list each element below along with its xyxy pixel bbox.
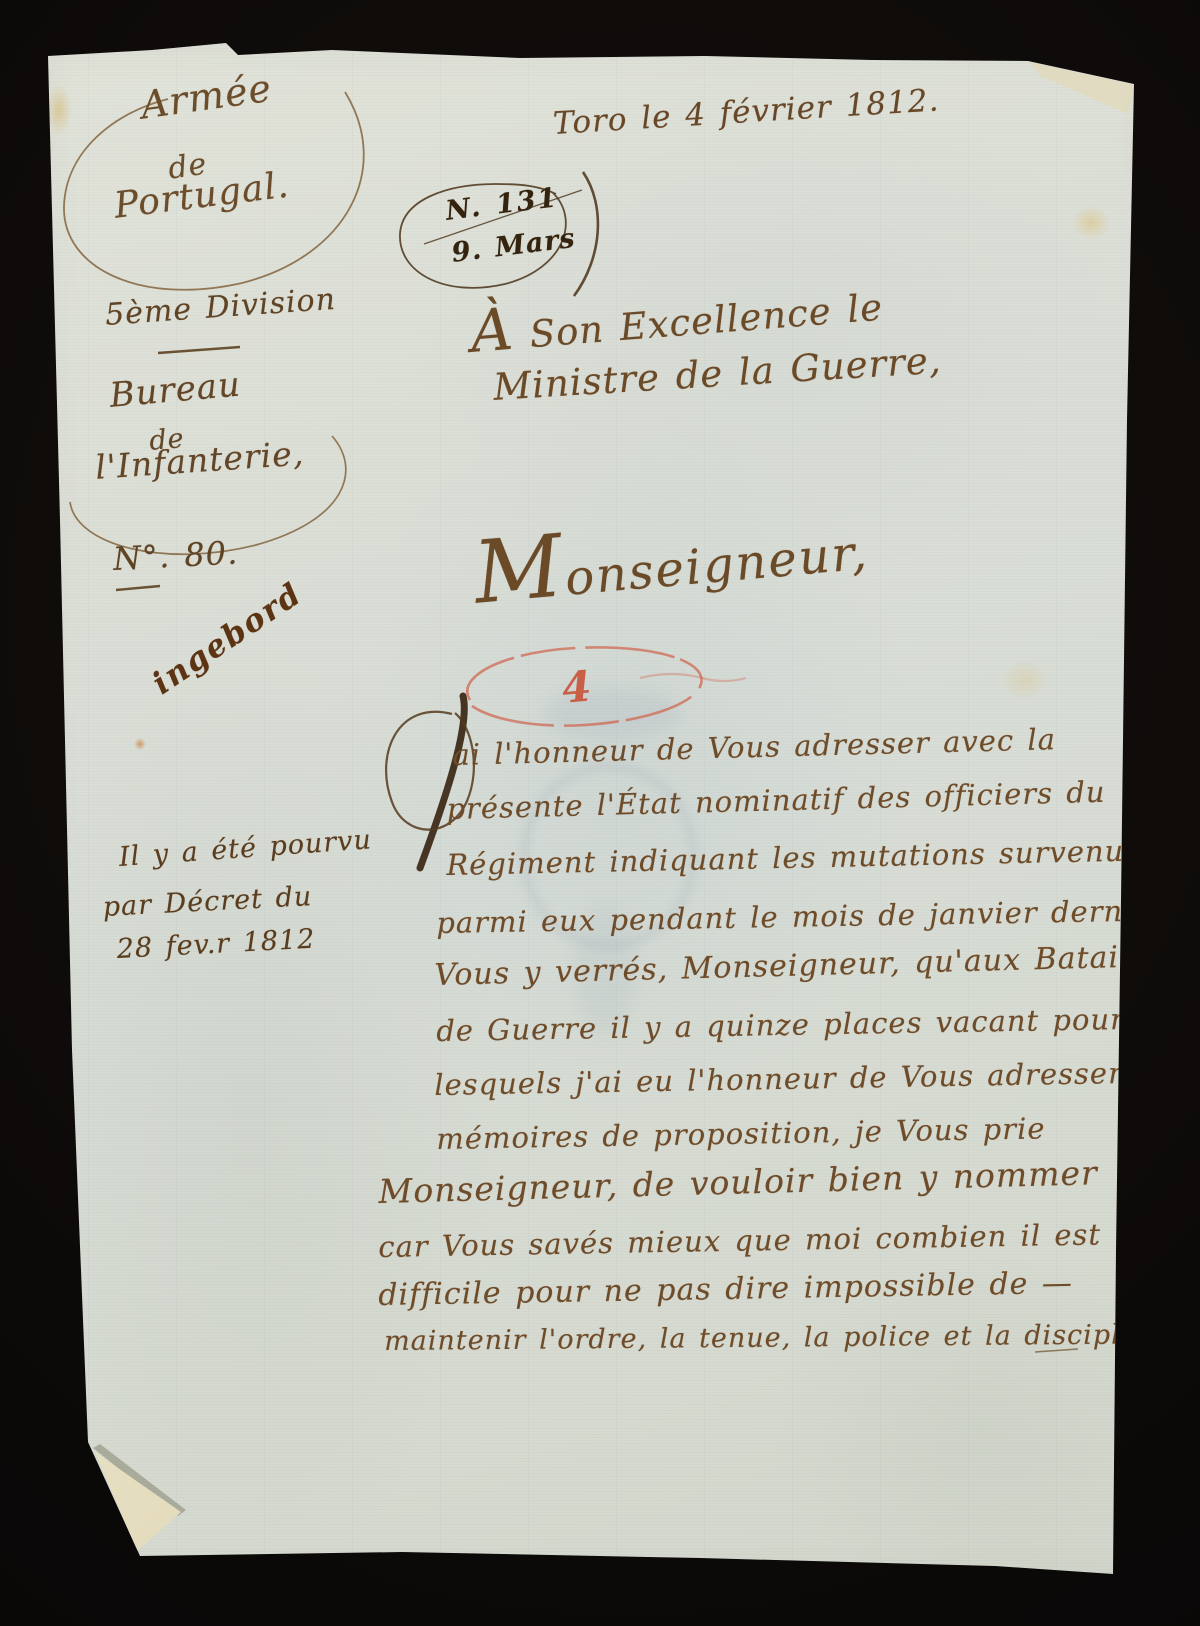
bureau-label-line: Bureau bbox=[108, 365, 242, 416]
foxing-stain bbox=[46, 84, 72, 136]
body-line: ai l'honneur de Vous adresser avec la bbox=[452, 722, 1056, 772]
decree-note-line: Il y a été pourvu bbox=[118, 824, 373, 873]
body-line: parmi eux pendant le mois de janvier der… bbox=[436, 892, 1200, 940]
body-line: maintenir l'ordre, la tenue, la police e… bbox=[384, 1319, 1166, 1357]
body-line: de Guerre il y a quinze places vacant po… bbox=[436, 1002, 1125, 1048]
decree-note-line: 28 fev.r 1812 bbox=[116, 924, 316, 965]
archival-annotation: ingebord bbox=[146, 576, 309, 702]
stamp-faint-marks bbox=[640, 674, 746, 681]
foxing-stain bbox=[1072, 206, 1110, 240]
registry-date: 9. Mars bbox=[450, 223, 577, 269]
body-line: présente l'État nominatif des officiers … bbox=[446, 775, 1106, 826]
body-initial-stroke bbox=[420, 696, 464, 868]
salutation: Monseigneur, bbox=[470, 490, 871, 624]
decree-note-line: par Décret du bbox=[102, 881, 313, 923]
body-line: difficile pour ne pas dire impossible de… bbox=[378, 1266, 1073, 1313]
stamp-number: 4 bbox=[560, 661, 594, 712]
body-line: Monseigneur, de vouloir bien y nommer bbox=[378, 1153, 1098, 1211]
registry-paren-flourish bbox=[574, 172, 598, 296]
body-line: car Vous savés mieux que moi combien il … bbox=[378, 1217, 1101, 1264]
body-line: lesquels j'ai eu l'honneur de Vous adres… bbox=[434, 1055, 1181, 1102]
body-line: mémoires de proposition, je Vous prie bbox=[436, 1111, 1046, 1156]
place-date-line: Toro le 4 février 1812. bbox=[552, 82, 940, 142]
photograph-stage: Armée de Portugal. 5ème Division Bureau … bbox=[0, 0, 1200, 1626]
body-line: Régiment indiquant les mutations survenu… bbox=[446, 833, 1159, 882]
body-line: Vous y verrés, Monseigneur, qu'aux Batai… bbox=[434, 938, 1196, 993]
corps-title-line: Portugal. bbox=[112, 165, 291, 227]
foxing-stain bbox=[134, 738, 146, 750]
bureau-label-line: l'Infanterie, bbox=[94, 433, 305, 486]
registry-number: N. 131 bbox=[444, 182, 560, 227]
document-number: N°. 80. bbox=[112, 533, 239, 578]
corps-title-line: Armée bbox=[138, 66, 274, 128]
foxing-stain bbox=[1000, 660, 1050, 700]
letter-sheet: Armée de Portugal. 5ème Division Bureau … bbox=[0, 0, 1200, 1626]
division-underline bbox=[158, 347, 240, 353]
division-label: 5ème Division bbox=[104, 282, 337, 333]
numero-underline bbox=[116, 586, 160, 590]
